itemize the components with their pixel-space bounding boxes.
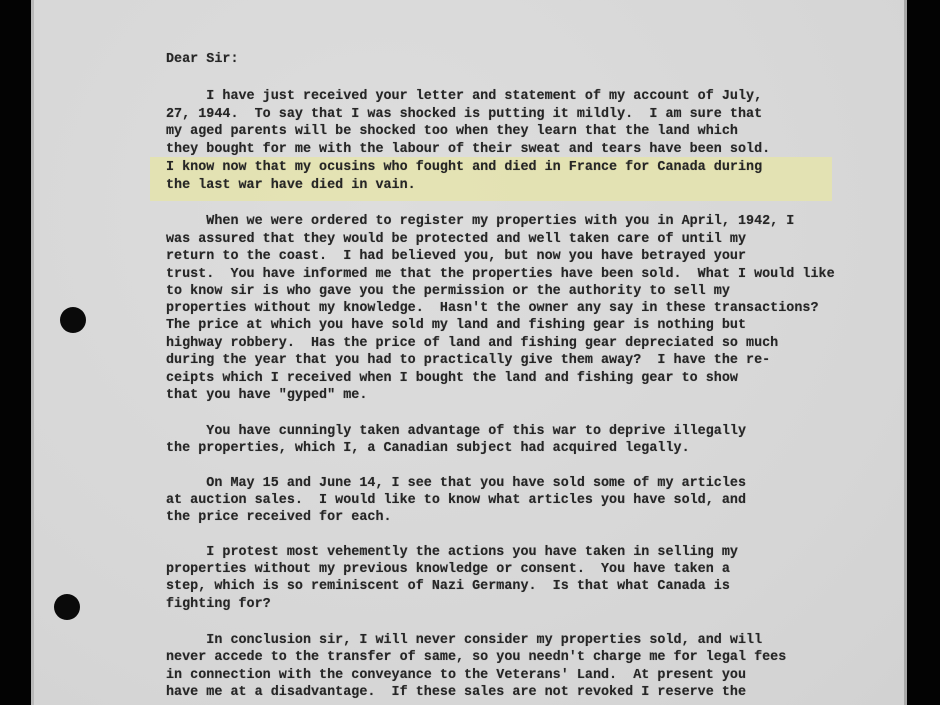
paragraph-5-line: step, which is so reminiscent of Nazi Ge…	[166, 578, 730, 596]
paragraph-2-line: return to the coast. I had believed you,…	[166, 248, 746, 266]
paragraph-4-line: the price received for each.	[166, 509, 392, 527]
paragraph-5-line: properties without my previous knowledge…	[166, 561, 730, 579]
paragraph-5-line: I protest most vehemently the actions yo…	[166, 544, 738, 562]
paragraph-2-line: that you have "gyped" me.	[166, 387, 367, 405]
paragraph-6-line: never accede to the transfer of same, so…	[166, 649, 786, 667]
salutation: Dear Sir:	[166, 51, 239, 69]
paragraph-6-line: in connection with the conveyance to the…	[166, 667, 746, 685]
highlighted-line: the last war have died in vain.	[166, 177, 416, 195]
paragraph-2-line: When we were ordered to register my prop…	[166, 213, 794, 231]
paragraph-5-line: fighting for?	[166, 596, 271, 614]
paragraph-3-line: You have cunningly taken advantage of th…	[166, 423, 746, 441]
paragraph-6-line: have me at a disadvantage. If these sale…	[166, 684, 746, 702]
highlighted-line: I know now that my ocusins who fought an…	[166, 159, 762, 177]
paragraph-2-line: properties without my knowledge. Hasn't …	[166, 300, 819, 318]
paragraph-1-line: they bought for me with the labour of th…	[166, 141, 770, 159]
paragraph-4-line: at auction sales. I would like to know w…	[166, 492, 746, 510]
paragraph-2-line: during the year that you had to practica…	[166, 352, 770, 370]
paragraph-2-line: trust. You have informed me that the pro…	[166, 266, 835, 284]
paragraph-1-line: 27, 1944. To say that I was shocked is p…	[166, 106, 762, 124]
paragraph-1-line: my aged parents will be shocked too when…	[166, 123, 738, 141]
paragraph-2-line: was assured that they would be protected…	[166, 231, 746, 249]
letter-body: Vancouver, B.C. Dear Sir: I have just re…	[0, 0, 940, 705]
paragraph-2-line: The price at which you have sold my land…	[166, 317, 746, 335]
paragraph-4-line: On May 15 and June 14, I see that you ha…	[166, 475, 746, 493]
paragraph-3-line: the properties, which I, a Canadian subj…	[166, 440, 690, 458]
paragraph-2-line: ceipts which I received when I bought th…	[166, 370, 738, 388]
paragraph-6-line: In conclusion sir, I will never consider…	[166, 632, 762, 650]
paragraph-1-line: I have just received your letter and sta…	[166, 88, 762, 106]
paragraph-2-line: highway robbery. Has the price of land a…	[166, 335, 778, 353]
paragraph-2-line: to know sir is who gave you the permissi…	[166, 283, 730, 301]
cutoff-header-line: Vancouver, B.C.	[505, 0, 626, 2]
